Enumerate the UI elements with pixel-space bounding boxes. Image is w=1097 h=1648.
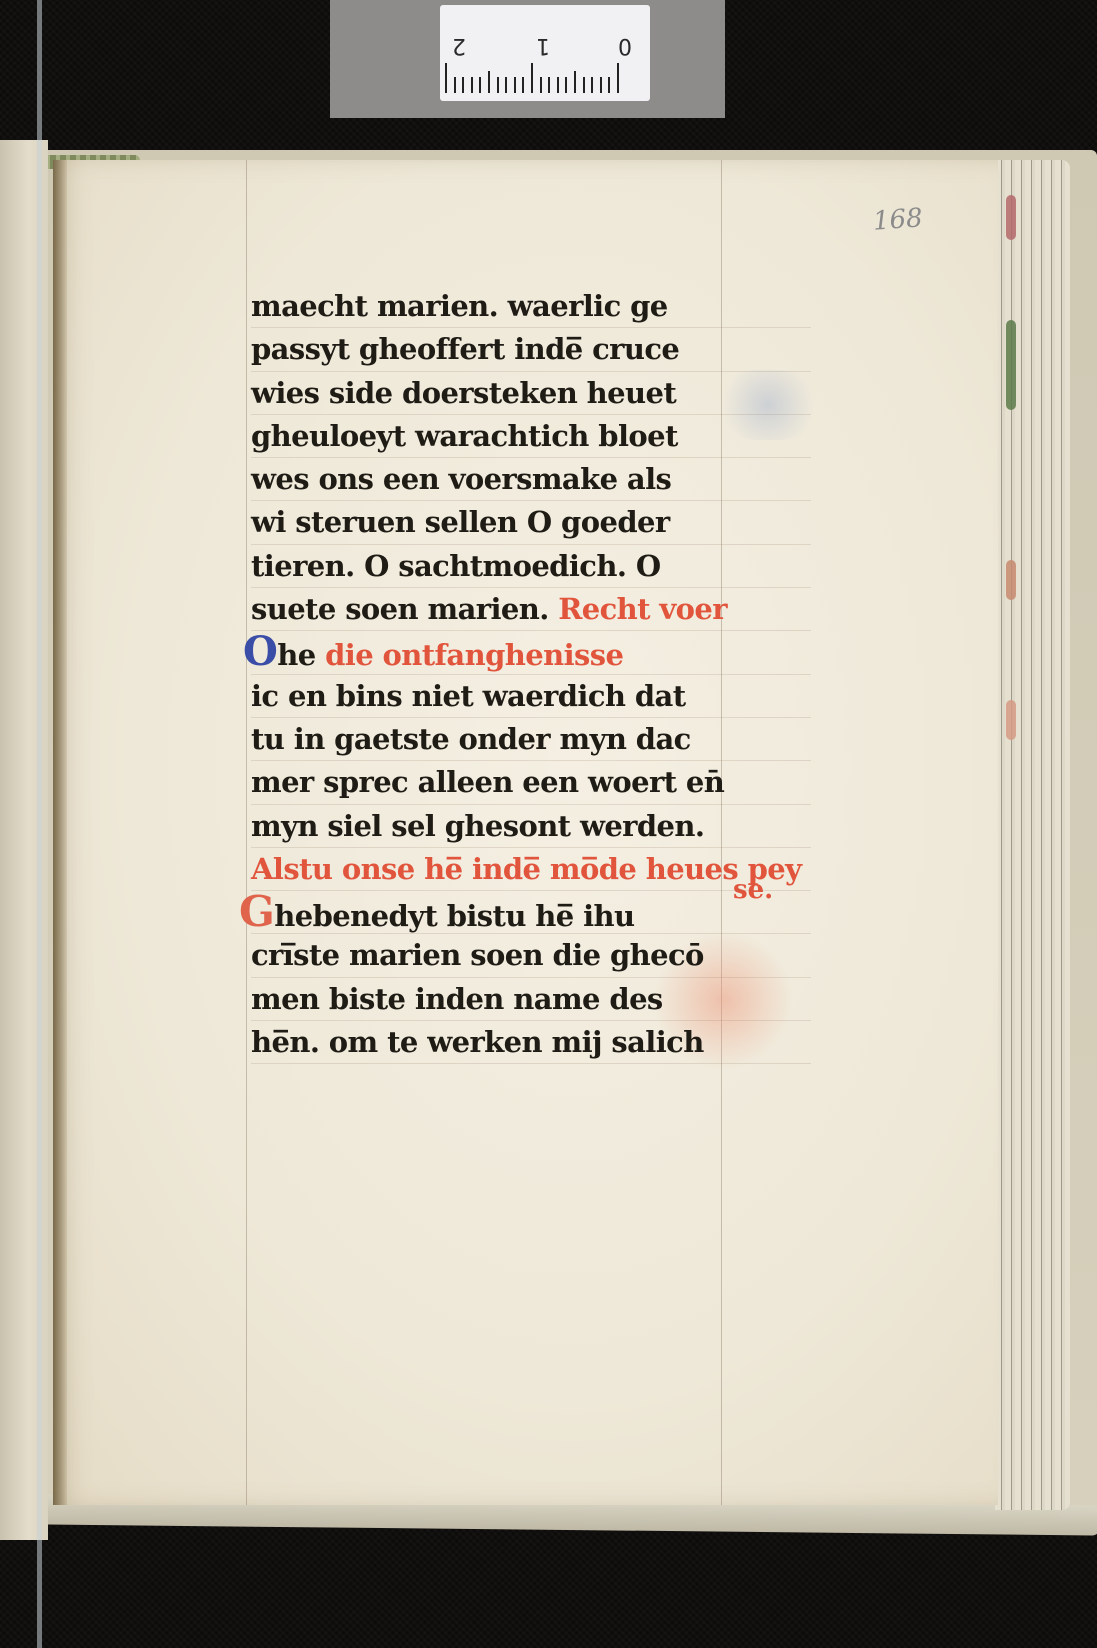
text-segment: O	[636, 549, 661, 583]
decorated-initial: O	[243, 631, 277, 673]
scale-tick	[471, 77, 473, 93]
manuscript-line: wes ons een voersmake als	[251, 458, 811, 501]
text-segment: maecht marien. waerlic ge	[251, 289, 668, 323]
scale-tick	[565, 77, 567, 93]
text-segment: wi steruen sellen	[251, 505, 527, 539]
glass-plate-edge	[37, 0, 42, 1648]
manuscript-line: Alstu onse he̅ inde̅ mo̅de heues pey	[251, 848, 811, 891]
scale-tick	[608, 77, 610, 93]
manuscript-line: tu in gaetste onder myn dac	[251, 718, 811, 761]
scale-tick	[497, 77, 499, 93]
manuscript-line: wies side doersteken heuet	[251, 372, 811, 415]
scale-tick	[583, 77, 585, 93]
edge-decoration	[1006, 700, 1016, 740]
manuscript-line: wi steruen sellen O goeder	[251, 501, 811, 544]
scale-tick	[574, 71, 576, 93]
manuscript-line: passyt gheoffert inde̅ cruce	[251, 328, 811, 371]
scale-tick	[557, 77, 559, 93]
rubric-text: Alstu onse he̅ inde̅ mo̅de heues pey	[251, 852, 801, 886]
text-block: maecht marien. waerlic gepassyt gheoffer…	[251, 285, 811, 1064]
gutter-shadow	[53, 160, 67, 1505]
scale-tick	[522, 77, 524, 93]
manuscript-line: he̅n. om te werken mij salich	[251, 1021, 811, 1064]
text-segment: he̅n. om te werken mij salich	[251, 1025, 704, 1059]
rubric-text: die ontfanghenisse	[325, 638, 623, 672]
text-segment: O	[364, 549, 389, 583]
edge-decoration	[1006, 560, 1016, 600]
scale-tick	[617, 63, 619, 93]
text-segment: mer sprec alleen een woert en̄	[251, 765, 724, 799]
manuscript-line: mer sprec alleen een woert en̄	[251, 761, 811, 804]
text-segment: wies side doersteken heuet	[251, 376, 676, 410]
scale-tick	[488, 71, 490, 93]
scale-ticks	[445, 63, 642, 93]
scale-label-2: 2	[452, 33, 466, 58]
manuscript-line: maecht marien. waerlic ge	[251, 285, 811, 328]
text-segment: myn siel sel ghesont werden.	[251, 809, 704, 843]
text-segment: ic en bins niet waerdich dat	[251, 679, 686, 713]
manuscript-line: Ghebenedyt bistu he̅ ihu	[251, 891, 811, 934]
scale-tick	[591, 77, 593, 93]
scale-tick	[462, 77, 464, 93]
scale-tick	[454, 77, 456, 93]
folio-number: 168	[872, 203, 924, 236]
text-segment: O	[527, 505, 552, 539]
manuscript-page: 168 se. maecht marien. waerlic gepassyt …	[53, 160, 998, 1505]
scale-tick	[540, 77, 542, 93]
text-segment: gheuloeyt warachtich bloet	[251, 419, 678, 453]
scale-tick	[600, 77, 602, 93]
scale-tick	[479, 77, 481, 93]
text-segment: he	[277, 638, 325, 672]
scale-label-0: 0	[618, 33, 632, 58]
text-segment: sachtmoedich.	[389, 549, 636, 583]
manuscript-line: Ohe die ontfanghenisse	[251, 631, 811, 674]
manuscript-line: tieren. O sachtmoedich. O	[251, 545, 811, 588]
text-segment: suete soen marien.	[251, 592, 558, 626]
scale-tick	[505, 77, 507, 93]
scale-tick	[514, 77, 516, 93]
edge-decoration	[1006, 195, 1016, 240]
text-segment: cri̅ste marien soen die ghecō	[251, 938, 704, 972]
manuscript-line: men biste inden name des	[251, 978, 811, 1021]
text-segment: passyt gheoffert inde̅ cruce	[251, 332, 679, 366]
manuscript-line: suete soen marien. Recht voer	[251, 588, 811, 631]
scale-label-1: 1	[536, 33, 550, 58]
scale-ruler: 2 1 0	[440, 5, 650, 101]
scale-tick	[531, 63, 533, 93]
text-segment: tieren.	[251, 549, 364, 583]
manuscript-line: ic en bins niet waerdich dat	[251, 675, 811, 718]
text-segment: goeder	[552, 505, 670, 539]
rubric-text: Recht voer	[558, 592, 727, 626]
scale-tick	[445, 63, 447, 93]
text-segment: tu in gaetste onder myn dac	[251, 722, 691, 756]
manuscript-line: myn siel sel ghesont werden.	[251, 805, 811, 848]
text-segment: men biste inden name des	[251, 982, 663, 1016]
edge-decoration	[1006, 320, 1016, 410]
scale-tick	[548, 77, 550, 93]
manuscript-line: cri̅ste marien soen die ghecō	[251, 934, 811, 977]
decorated-initial: G	[239, 891, 274, 933]
manuscript-line: gheuloeyt warachtich bloet	[251, 415, 811, 458]
text-segment: hebenedyt bistu he̅ ihu	[274, 899, 634, 933]
text-segment: wes ons een voersmake als	[251, 462, 671, 496]
ruling-line-left	[246, 160, 247, 1505]
